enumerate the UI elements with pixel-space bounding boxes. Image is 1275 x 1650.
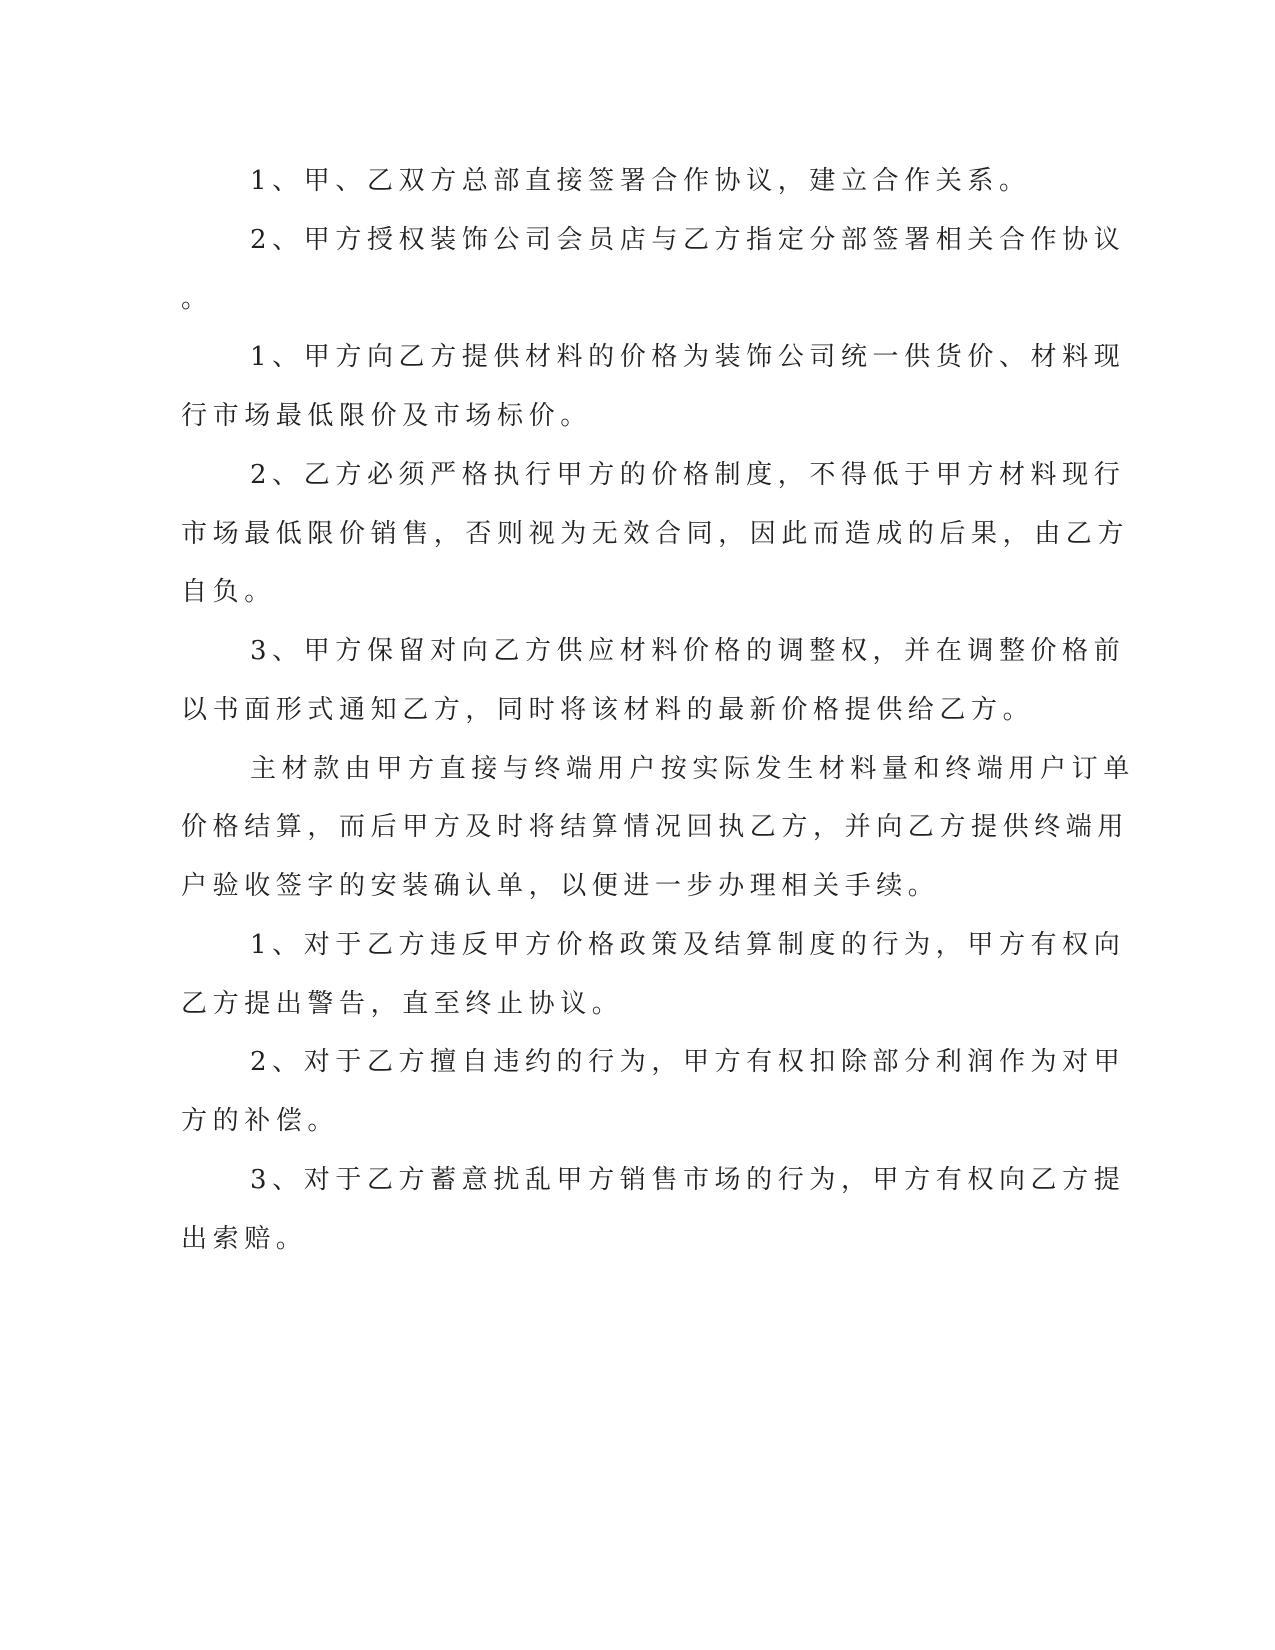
paragraph-9-line-2: 出索赔。 xyxy=(181,1224,307,1254)
paragraph-5-line-1: 3、甲方保留对向乙方供应材料价格的调整权，并在调整价格前 xyxy=(250,636,1125,666)
paragraph-6-line-1: 主材款由甲方直接与终端用户按实际发生材料量和终端用户订单 xyxy=(250,754,1135,784)
paragraph-8-line-1: 2、对于乙方擅自违约的行为，甲方有权扣除部分利润作为对甲 xyxy=(250,1047,1125,1077)
paragraph-9-line-1: 3、对于乙方蓄意扰乱甲方销售市场的行为，甲方有权向乙方提 xyxy=(250,1165,1125,1195)
paragraph-6-line-2: 价格结算，而后甲方及时将结算情况回执乙方，并向乙方提供终端用 xyxy=(181,812,1129,842)
paragraph-1-line-1: 1、甲、乙双方总部直接签署合作协议，建立合作关系。 xyxy=(250,166,1031,196)
paragraph-2-line-1: 2、甲方授权装饰公司会员店与乙方指定分部签署相关合作协议 xyxy=(250,225,1125,255)
paragraph-5-line-2: 以书面形式通知乙方，同时将该材料的最新价格提供给乙方。 xyxy=(181,695,1034,725)
paragraph-8-line-2: 方的补偿。 xyxy=(181,1106,339,1136)
paragraph-4-line-3: 自负。 xyxy=(181,577,276,607)
paragraph-2-line-2: 。 xyxy=(181,284,213,314)
paragraph-7-line-2: 乙方提出警告，直至终止协议。 xyxy=(181,989,623,1019)
document-page: 1、甲、乙双方总部直接签署合作协议，建立合作关系。 2、甲方授权装饰公司会员店与… xyxy=(0,0,1275,1650)
paragraph-6-line-3: 户验收签字的安装确认单，以便进一步办理相关手续。 xyxy=(181,871,939,901)
paragraph-7-line-1: 1、对于乙方违反甲方价格政策及结算制度的行为，甲方有权向 xyxy=(250,930,1125,960)
paragraph-3-line-2: 行市场最低限价及市场标价。 xyxy=(181,401,592,431)
paragraph-4-line-2: 市场最低限价销售，否则视为无效合同，因此而造成的后果，由乙方 xyxy=(181,519,1129,549)
paragraph-3-line-1: 1、甲方向乙方提供材料的价格为装饰公司统一供货价、材料现 xyxy=(250,342,1125,372)
paragraph-4-line-1: 2、乙方必须严格执行甲方的价格制度，不得低于甲方材料现行 xyxy=(250,460,1125,490)
